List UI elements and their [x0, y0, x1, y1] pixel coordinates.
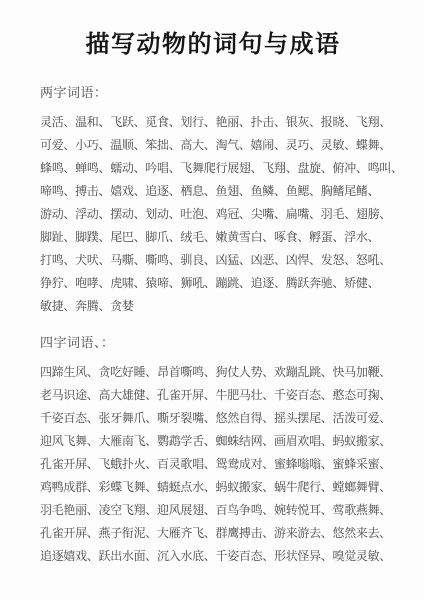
two-char-paragraph: 灵活、温和、飞跃、觅食、划行、艳丽、扑击、银灰、报晓、飞翔、 可爱、小巧、温顺、… — [40, 111, 386, 318]
two-char-heading: 两字词语： — [40, 84, 386, 102]
text-line: 打鸣、犬吠、马嘶、嘶鸣、驯良、凶猛、凶恶、凶悍、发怒、怒吼、 — [40, 249, 386, 272]
four-char-paragraph: 四蹄生风、贪吃好睡、昂首嘶鸣、狗仗人势、欢蹦乱跳、快马加鞭、 老马识途、高大雄健… — [40, 361, 386, 568]
four-char-heading: 四字词语、： — [40, 334, 386, 352]
text-line: 四蹄生风、贪吃好睡、昂首嘶鸣、狗仗人势、欢蹦乱跳、快马加鞭、 — [40, 361, 386, 384]
two-char-section: 两字词语： 灵活、温和、飞跃、觅食、划行、艳丽、扑击、银灰、报晓、飞翔、 可爱、… — [40, 84, 386, 318]
text-line: 蜂鸣、蝉鸣、蠕动、吟唱、飞舞爬行展翅、飞翔、盘旋、俯冲、鸣叫、 — [40, 157, 386, 180]
text-line: 孔雀开屏、燕子衔泥、大雁齐飞、群鹰搏击、游来游去、悠然来去、 — [40, 522, 386, 545]
text-line: 可爱、小巧、温顺、笨拙、高大、淘气、嬉闹、灵巧、灵敏、蝶舞、 — [40, 134, 386, 157]
text-line: 孔雀开屏、飞蛾扑火、百灵歌唱、鸳鸯成对、蜜蜂嗡嗡、蜜蜂采蜜、 — [40, 453, 386, 476]
text-line: 脚趾、脚蹼、尾巴、脚爪、绒毛、嫩黄雪白、啄食、孵蛋、浮水、 — [40, 226, 386, 249]
text-line: 啼鸣、搏击、嬉戏、追逐、栖息、鱼翅、鱼鳞、鱼鳃、胸鳍尾鳍、 — [40, 180, 386, 203]
text-line: 老马识途、高大雄健、孔雀开屏、牛肥马壮、千姿百态、憨态可掬、 — [40, 384, 386, 407]
text-line: 追逐嬉戏、跃出水面、沉入水底、千姿百态、形状怪异、嗅觉灵敏、 — [40, 545, 386, 568]
text-line: 游动、浮动、摆动、划动、吐泡、鸡冠、尖嘴、扁嘴、羽毛、翅膀、 — [40, 203, 386, 226]
four-char-section: 四字词语、： 四蹄生风、贪吃好睡、昂首嘶鸣、狗仗人势、欢蹦乱跳、快马加鞭、 老马… — [40, 334, 386, 568]
text-line: 迎风飞舞、大雁南飞、鹦鹉学舌、蜘蛛结网、画眉欢唱、蚂蚁搬家、 — [40, 430, 386, 453]
page-title: 描写动物的词句与成语 — [40, 30, 386, 60]
text-line: 鸡鸭成群、彩蝶飞舞、蜻蜓点水、蚂蚁搬家、蜗牛爬行、螳螂舞臂、 — [40, 476, 386, 499]
text-line: 狰狞、咆哮、虎啸、猿啼、狮吼、蹦跳、追逐、腾跃奔驰、矫健、 — [40, 272, 386, 295]
text-line: 敏捷、奔腾、贪婪 — [40, 295, 386, 318]
text-line: 千姿百态、张牙舞爪、嘶牙裂嘴、悠然自得、摇头摆尾、活泼可爱、 — [40, 407, 386, 430]
text-line: 羽毛艳丽、凌空飞翔、迎风展翅、百鸟争鸣、婉转悦耳、莺歌燕舞、 — [40, 499, 386, 522]
text-line: 灵活、温和、飞跃、觅食、划行、艳丽、扑击、银灰、报晓、飞翔、 — [40, 111, 386, 134]
document-page: 描写动物的词句与成语 两字词语： 灵活、温和、飞跃、觅食、划行、艳丽、扑击、银灰… — [0, 0, 424, 600]
